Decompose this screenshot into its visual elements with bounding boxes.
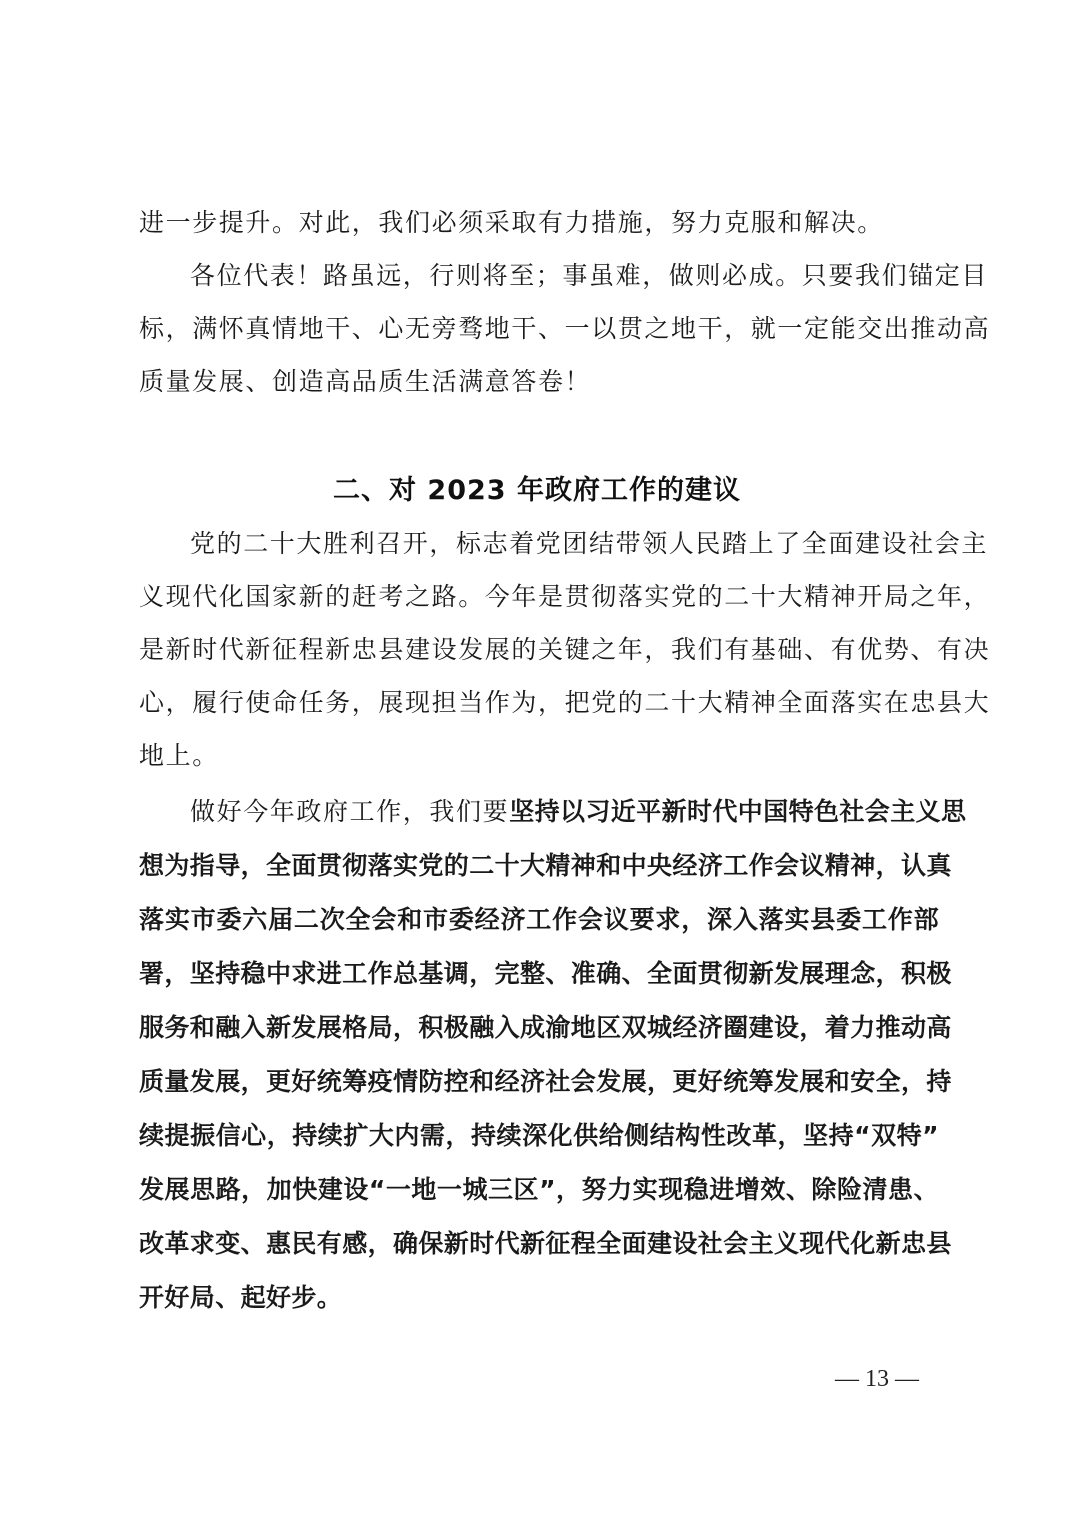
emphasized-text: 坚持以习近平新时代中国特色社会主义思 xyxy=(509,797,966,826)
emphasized-line: 发展思路，加快建设“一地一城三区”，努力实现稳进增效、除险清患、 xyxy=(139,1175,939,1205)
paragraph-line: 心，履行使命任务，展现担当作为，把党的二十大精神全面落实在忠县大 xyxy=(139,688,939,718)
emphasized-line: 服务和融入新发展格局，积极融入成渝地区双城经济圈建设，着力推动高 xyxy=(139,1013,939,1043)
emphasized-line: 质量发展，更好统筹疫情防控和经济社会发展，更好统筹发展和安全，持 xyxy=(139,1067,939,1097)
emphasized-line: 署，坚持稳中求进工作总基调，完整、准确、全面贯彻新发展理念，积极 xyxy=(139,959,939,989)
section-heading: 二、对 2023 年政府工作的建议 xyxy=(0,474,1074,508)
paragraph-line: 党的二十大胜利召开，标志着党团结带领人民踏上了全面建设社会主 xyxy=(190,529,939,559)
paragraph-line: 质量发展、创造高品质生活满意答卷！ xyxy=(139,367,939,397)
paragraph-line: 地上。 xyxy=(139,741,939,771)
emphasized-line: 改革求变、惠民有感，确保新时代新征程全面建设社会主义现代化新忠县 xyxy=(139,1229,939,1259)
paragraph-line: 进一步提升。对此，我们必须采取有力措施，努力克服和解决。 xyxy=(139,208,939,238)
paragraph-line: 义现代化国家新的赶考之路。今年是贯彻落实党的二十大精神开局之年， xyxy=(139,582,939,612)
emphasized-line: 续提振信心，持续扩大内需，持续深化供给侧结构性改革，坚持“双特” xyxy=(139,1121,939,1151)
normal-text: 做好今年政府工作，我们要 xyxy=(190,797,509,826)
page-number: — 13 — xyxy=(835,1364,945,1394)
paragraph-line-mixed: 做好今年政府工作，我们要坚持以习近平新时代中国特色社会主义思 xyxy=(190,797,939,827)
paragraph-line: 各位代表！路虽远，行则将至；事虽难，做则必成。只要我们锚定目 xyxy=(190,261,939,291)
paragraph-line: 标，满怀真情地干、心无旁骛地干、一以贯之地干，就一定能交出推动高 xyxy=(139,314,939,344)
document-page: 进一步提升。对此，我们必须采取有力措施，努力克服和解决。 各位代表！路虽远，行则… xyxy=(0,0,1074,1520)
paragraph-line: 是新时代新征程新忠县建设发展的关键之年，我们有基础、有优势、有决 xyxy=(139,635,939,665)
emphasized-line: 想为指导，全面贯彻落实党的二十大精神和中央经济工作会议精神，认真 xyxy=(139,851,939,881)
emphasized-line: 开好局、起好步。 xyxy=(139,1283,939,1313)
emphasized-line: 落实市委六届二次全会和市委经济工作会议要求，深入落实县委工作部 xyxy=(139,905,939,935)
